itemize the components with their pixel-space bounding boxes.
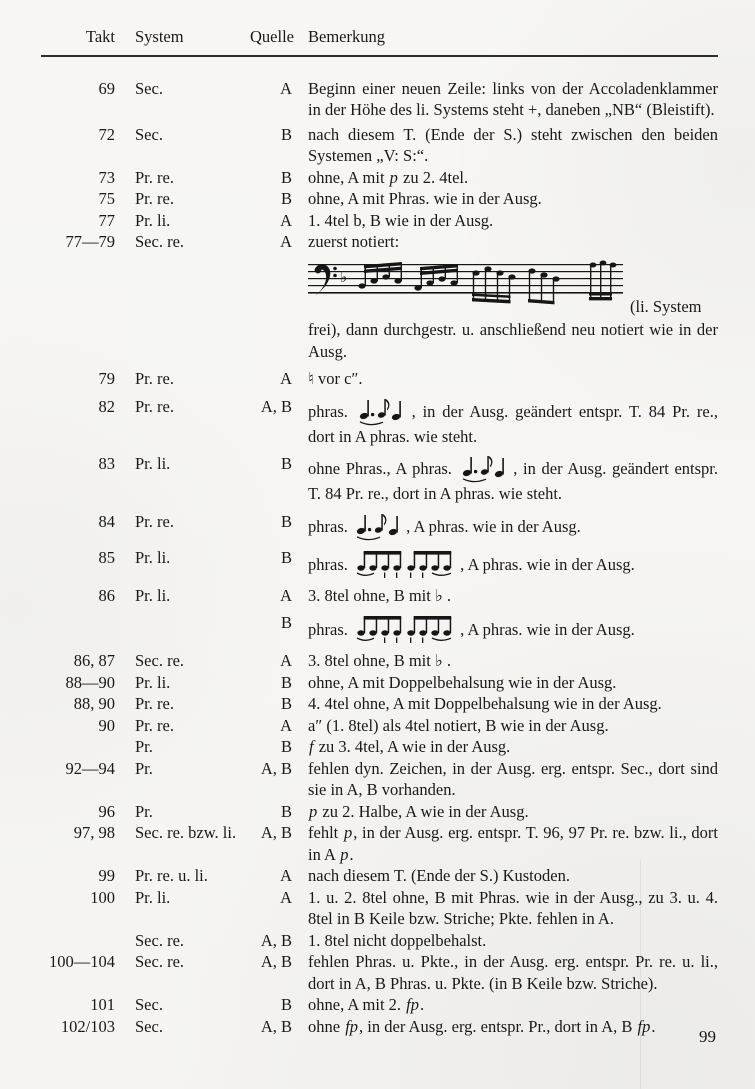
bemerkung-cell: ohne, A mit Phras. wie in der Ausg. <box>292 188 718 210</box>
system-cell: Pr. re. <box>115 693 250 715</box>
quelle-cell: A, B <box>250 930 292 952</box>
takt-cell: 99 <box>37 865 115 887</box>
dynamic-marking: fp <box>637 1017 652 1036</box>
quelle-cell: A <box>250 715 292 737</box>
bemerkung-text: zu 2. 4tel. <box>399 168 468 187</box>
bemerkung-cell: fehlt p, in der Ausg. erg. entspr. T. 96… <box>292 822 718 865</box>
bemerkung-text: , A phras. wie in der Ausg. <box>456 555 635 574</box>
dynamic-marking: p <box>389 168 399 187</box>
dotted-rhythm-figure-icon <box>354 511 400 541</box>
dynamic-marking: p <box>343 823 353 842</box>
bemerkung-text: fehlt <box>308 823 343 842</box>
bemerkung-cell: phras. , A phras. wie in der Ausg. <box>292 511 718 541</box>
takt-cell <box>37 736 115 758</box>
table-row: 100 Pr. li. A 1. u. 2. 8tel ohne, B mit … <box>37 887 718 930</box>
quelle-cell: B <box>250 736 292 758</box>
bemerkung-text: 1. u. 2. 8tel ohne, B mit Phras. wie in … <box>308 888 718 929</box>
column-header-takt: Takt <box>37 26 115 48</box>
quelle-cell: A, B <box>250 758 292 801</box>
quelle-cell: B <box>250 994 292 1016</box>
takt-cell: 69 <box>37 78 115 121</box>
takt-cell: 100—104 <box>37 951 115 994</box>
table-row: 86 Pr. li. A 3. 8tel ohne, B mit ♭ . <box>37 585 718 607</box>
bemerkung-text: 3. 8tel ohne, B mit ♭ . <box>308 651 451 670</box>
bemerkung-text: , A phras. wie in der Ausg. <box>456 620 635 639</box>
bemerkung-text: . <box>651 1017 655 1036</box>
bemerkung-text: , in der Ausg. erg. entspr. T. 96, 97 Pr… <box>308 823 718 864</box>
bemerkung-text: 4. 4tel ohne, A mit Doppelbehalsung wie … <box>308 694 662 713</box>
table-row: Sec. re. A, B 1. 8tel nicht doppelbehals… <box>37 930 718 952</box>
system-cell: Pr. li. <box>115 453 250 505</box>
takt-cell: 102/103 <box>37 1016 115 1038</box>
bemerkung-text: 3. 8tel ohne, B mit ♭ . <box>308 586 451 605</box>
column-header-system: System <box>115 26 250 48</box>
takt-cell: 83 <box>37 453 115 505</box>
beamed-group-2 <box>414 264 458 291</box>
takt-cell: 72 <box>37 124 115 167</box>
quelle-cell: B <box>250 124 292 167</box>
takt-cell: 77 <box>37 210 115 232</box>
quelle-cell: A, B <box>250 1016 292 1038</box>
system-cell: Sec. re. bzw. li. <box>115 822 250 865</box>
system-cell: Pr. li. <box>115 210 250 232</box>
takt-cell: 82 <box>37 396 115 448</box>
dotted-rhythm-figure-icon <box>357 396 403 426</box>
table-row: 101 Sec. B ohne, A mit 2. fp. <box>37 994 718 1016</box>
bemerkung-cell: 1. u. 2. 8tel ohne, B mit Phras. wie in … <box>292 887 718 930</box>
system-cell: Pr. re. u. li. <box>115 865 250 887</box>
bemerkung-text: frei), dann durchgestr. u. anschließend … <box>308 320 718 361</box>
table-row: 90 Pr. re. A a″ (1. 8tel) als 4tel notie… <box>37 715 718 737</box>
table-row: 88—90 Pr. li. B ohne, A mit Doppelbehals… <box>37 672 718 694</box>
table-row: 88, 90 Pr. re. B 4. 4tel ohne, A mit Dop… <box>37 693 718 715</box>
system-cell: Sec. <box>115 78 250 121</box>
column-header-bemerkung: Bemerkung <box>292 26 718 48</box>
table-row: 100—104 Sec. re. A, B fehlen Phras. u. P… <box>37 951 718 994</box>
bass-clef-icon <box>315 264 337 296</box>
system-cell: Sec. <box>115 1016 250 1038</box>
column-header-quelle: Quelle <box>250 26 292 48</box>
table-row: 69 Sec. A Beginn einer neuen Zeile: link… <box>37 78 718 121</box>
table-body: 69 Sec. A Beginn einer neuen Zeile: link… <box>37 78 718 1038</box>
bemerkung-cell: ♮ vor c″. <box>292 368 718 390</box>
takt-cell: 96 <box>37 801 115 823</box>
quelle-cell: A <box>250 650 292 672</box>
quelle-cell: B <box>250 188 292 210</box>
table-row: 99 Pr. re. u. li. A nach diesem T. (Ende… <box>37 865 718 887</box>
beamed-group-4 <box>528 268 560 304</box>
bemerkung-cell: zuerst notiert: ♭(li. System frei), dann… <box>292 231 718 362</box>
bemerkung-text: zu 2. Halbe, A wie in der Ausg. <box>318 802 528 821</box>
takt-cell: 101 <box>37 994 115 1016</box>
quelle-cell: A <box>250 368 292 390</box>
system-cell: Pr. re. <box>115 715 250 737</box>
dotted-rhythm-figure-icon <box>460 453 506 483</box>
takt-cell: 86 <box>37 585 115 607</box>
bemerkung-cell: a″ (1. 8tel) als 4tel notiert, B wie in … <box>292 715 718 737</box>
system-cell: Pr. <box>115 736 250 758</box>
bemerkung-text: . <box>420 995 424 1014</box>
bemerkung-text: nach diesem T. (Ende der S.) steht zwisc… <box>308 125 718 166</box>
takt-cell: 86, 87 <box>37 650 115 672</box>
bemerkung-cell: ohne, A mit 2. fp. <box>292 994 718 1016</box>
system-cell: Sec. re. <box>115 650 250 672</box>
bemerkung-text: ohne, A mit 2. <box>308 995 405 1014</box>
critical-report-table: Takt System Quelle Bemerkung 69 Sec. A B… <box>0 0 755 1037</box>
bemerkung-text: 1. 4tel b, B wie in der Ausg. <box>308 211 493 230</box>
dynamic-marking: p <box>308 802 318 821</box>
quelle-cell: A, B <box>250 822 292 865</box>
dynamic-marking: f <box>308 737 315 756</box>
system-cell <box>115 612 250 644</box>
bemerkung-text: phras. <box>308 555 352 574</box>
bemerkung-text: ohne <box>308 1017 344 1036</box>
table-row: 84 Pr. re. B phras. , A phras. wie in de… <box>37 511 718 541</box>
bemerkung-text: , A phras. wie in der Ausg. <box>402 517 581 536</box>
takt-cell: 84 <box>37 511 115 541</box>
quelle-cell: B <box>250 612 292 644</box>
bemerkung-cell: 1. 8tel nicht doppelbehalst. <box>292 930 718 952</box>
takt-cell: 88, 90 <box>37 693 115 715</box>
music-example-line: ♭(li. System <box>308 256 718 318</box>
bemerkung-text: phras. <box>308 517 352 536</box>
system-cell: Pr. <box>115 758 250 801</box>
table-row: Pr. B f zu 3. 4tel, A wie in der Ausg. <box>37 736 718 758</box>
header-divider-rule <box>41 55 718 57</box>
system-cell: Pr. re. <box>115 167 250 189</box>
takt-cell: 100 <box>37 887 115 930</box>
bemerkung-cell: phras. , in der Ausg. geändert entspr. T… <box>292 396 718 448</box>
bemerkung-text: ohne, A mit Phras. wie in der Ausg. <box>308 189 542 208</box>
bemerkung-text: fehlen dyn. Zeichen, in der Ausg. erg. e… <box>308 759 718 800</box>
table-row: 83 Pr. li. B ohne Phras., A phras. , in … <box>37 453 718 505</box>
bemerkung-cell: Beginn einer neuen Zeile: links von der … <box>292 78 718 121</box>
system-cell: Pr. re. <box>115 511 250 541</box>
bemerkung-text: fehlen Phras. u. Pkte., in der Ausg. erg… <box>308 952 718 993</box>
bemerkung-text: (li. System <box>623 296 702 318</box>
table-row: B phras. , A phras. wie in der Ausg. <box>37 612 718 644</box>
beamed-notes-figure-icon <box>354 612 454 644</box>
quelle-cell: A <box>250 231 292 362</box>
quelle-cell: B <box>250 547 292 579</box>
system-cell: Sec. <box>115 124 250 167</box>
quelle-cell: B <box>250 801 292 823</box>
quelle-cell: B <box>250 672 292 694</box>
takt-cell: 79 <box>37 368 115 390</box>
dynamic-marking: p <box>339 845 349 864</box>
bemerkung-cell: ohne, A mit Doppelbehalsung wie in der A… <box>292 672 718 694</box>
bemerkung-cell: p zu 2. Halbe, A wie in der Ausg. <box>292 801 718 823</box>
system-cell: Pr. li. <box>115 547 250 579</box>
system-cell: Pr. re. <box>115 368 250 390</box>
bemerkung-text: zu 3. 4tel, A wie in der Ausg. <box>315 737 511 756</box>
table-row: 82 Pr. re. A, B phras. , in der Ausg. ge… <box>37 396 718 448</box>
table-row: 85 Pr. li. B phras. , A phras. wie in de… <box>37 547 718 579</box>
bemerkung-text: ohne, A mit <box>308 168 389 187</box>
table-row: 79 Pr. re. A ♮ vor c″. <box>37 368 718 390</box>
table-row: 102/103 Sec. A, B ohne fp, in der Ausg. … <box>37 1016 718 1038</box>
scanned-document-page: Takt System Quelle Bemerkung 69 Sec. A B… <box>0 0 755 1089</box>
takt-cell: 97, 98 <box>37 822 115 865</box>
quelle-cell: A, B <box>250 396 292 448</box>
page-number: 99 <box>699 1026 716 1048</box>
quelle-cell: B <box>250 511 292 541</box>
bemerkung-cell: ohne Phras., A phras. , in der Ausg. geä… <box>292 453 718 505</box>
system-cell: Pr. li. <box>115 887 250 930</box>
quelle-cell: B <box>250 167 292 189</box>
system-cell: Sec. <box>115 994 250 1016</box>
table-row: 96 Pr. B p zu 2. Halbe, A wie in der Aus… <box>37 801 718 823</box>
bemerkung-cell: f zu 3. 4tel, A wie in der Ausg. <box>292 736 718 758</box>
bemerkung-cell: phras. , A phras. wie in der Ausg. <box>292 547 718 579</box>
bemerkung-cell: 3. 8tel ohne, B mit ♭ . <box>292 650 718 672</box>
system-cell: Sec. re. <box>115 231 250 362</box>
bemerkung-text: zuerst notiert: <box>308 232 399 251</box>
music-example-staff: ♭ <box>308 256 623 308</box>
quelle-cell: B <box>250 693 292 715</box>
system-cell: Pr. <box>115 801 250 823</box>
system-cell: Pr. re. <box>115 188 250 210</box>
beamed-group-1 <box>358 262 402 289</box>
bemerkung-cell: 4. 4tel ohne, A mit Doppelbehalsung wie … <box>292 693 718 715</box>
bemerkung-text: a″ (1. 8tel) als 4tel notiert, B wie in … <box>308 716 609 735</box>
takt-cell: 90 <box>37 715 115 737</box>
system-cell: Sec. re. <box>115 930 250 952</box>
takt-cell: 77—79 <box>37 231 115 362</box>
bemerkung-cell: nach diesem T. (Ende der S.) Kustoden. <box>292 865 718 887</box>
takt-cell: 75 <box>37 188 115 210</box>
quelle-cell: A <box>250 210 292 232</box>
takt-cell: 85 <box>37 547 115 579</box>
flat-icon: ♭ <box>340 268 347 286</box>
beamed-chord-group <box>589 260 616 300</box>
bemerkung-text: Beginn einer neuen Zeile: links von der … <box>308 79 718 120</box>
bemerkung-text: phras. <box>308 620 352 639</box>
bemerkung-cell: phras. , A phras. wie in der Ausg. <box>292 612 718 644</box>
bemerkung-cell: nach diesem T. (Ende der S.) steht zwisc… <box>292 124 718 167</box>
takt-cell: 92—94 <box>37 758 115 801</box>
takt-cell: 73 <box>37 167 115 189</box>
quelle-cell: A <box>250 865 292 887</box>
table-row: 77—79 Sec. re. A zuerst notiert: ♭(li. S… <box>37 231 718 362</box>
bemerkung-text: 1. 8tel nicht doppelbehalst. <box>308 931 486 950</box>
table-row: 77 Pr. li. A 1. 4tel b, B wie in der Aus… <box>37 210 718 232</box>
table-row: 73 Pr. re. B ohne, A mit p zu 2. 4tel. <box>37 167 718 189</box>
table-row: 97, 98 Sec. re. bzw. li. A, B fehlt p, i… <box>37 822 718 865</box>
table-row: 75 Pr. re. B ohne, A mit Phras. wie in d… <box>37 188 718 210</box>
takt-cell <box>37 612 115 644</box>
takt-cell: 88—90 <box>37 672 115 694</box>
quelle-cell: B <box>250 453 292 505</box>
bemerkung-text: phras. <box>308 402 355 421</box>
quelle-cell: A <box>250 887 292 930</box>
dynamic-marking: fp <box>405 995 420 1014</box>
takt-cell <box>37 930 115 952</box>
system-cell: Pr. li. <box>115 672 250 694</box>
bemerkung-cell: 3. 8tel ohne, B mit ♭ . <box>292 585 718 607</box>
bemerkung-cell: ohne, A mit p zu 2. 4tel. <box>292 167 718 189</box>
beamed-notes-figure-icon <box>354 547 454 579</box>
system-cell: Sec. re. <box>115 951 250 994</box>
bemerkung-text: nach diesem T. (Ende der S.) Kustoden. <box>308 866 570 885</box>
bemerkung-text: . <box>349 845 353 864</box>
system-cell: Pr. re. <box>115 396 250 448</box>
table-row: 72 Sec. B nach diesem T. (Ende der S.) s… <box>37 124 718 167</box>
bemerkung-cell: 1. 4tel b, B wie in der Ausg. <box>292 210 718 232</box>
quelle-cell: A, B <box>250 951 292 994</box>
bemerkung-text: , in der Ausg. erg. entspr. Pr., dort in… <box>359 1017 636 1036</box>
system-cell: Pr. li. <box>115 585 250 607</box>
bemerkung-text: ohne Phras., A phras. <box>308 459 458 478</box>
bemerkung-cell: fehlen dyn. Zeichen, in der Ausg. erg. e… <box>292 758 718 801</box>
table-row: 92—94 Pr. A, B fehlen dyn. Zeichen, in d… <box>37 758 718 801</box>
table-row: 86, 87 Sec. re. A 3. 8tel ohne, B mit ♭ … <box>37 650 718 672</box>
bemerkung-text: ohne, A mit Doppelbehalsung wie in der A… <box>308 673 616 692</box>
table-header-row: Takt System Quelle Bemerkung <box>37 26 718 48</box>
quelle-cell: A <box>250 585 292 607</box>
bemerkung-text: ♮ vor c″. <box>308 369 362 388</box>
dynamic-marking: fp <box>344 1017 359 1036</box>
quelle-cell: A <box>250 78 292 121</box>
bemerkung-cell: ohne fp, in der Ausg. erg. entspr. Pr., … <box>292 1016 718 1038</box>
bemerkung-cell: fehlen Phras. u. Pkte., in der Ausg. erg… <box>292 951 718 994</box>
